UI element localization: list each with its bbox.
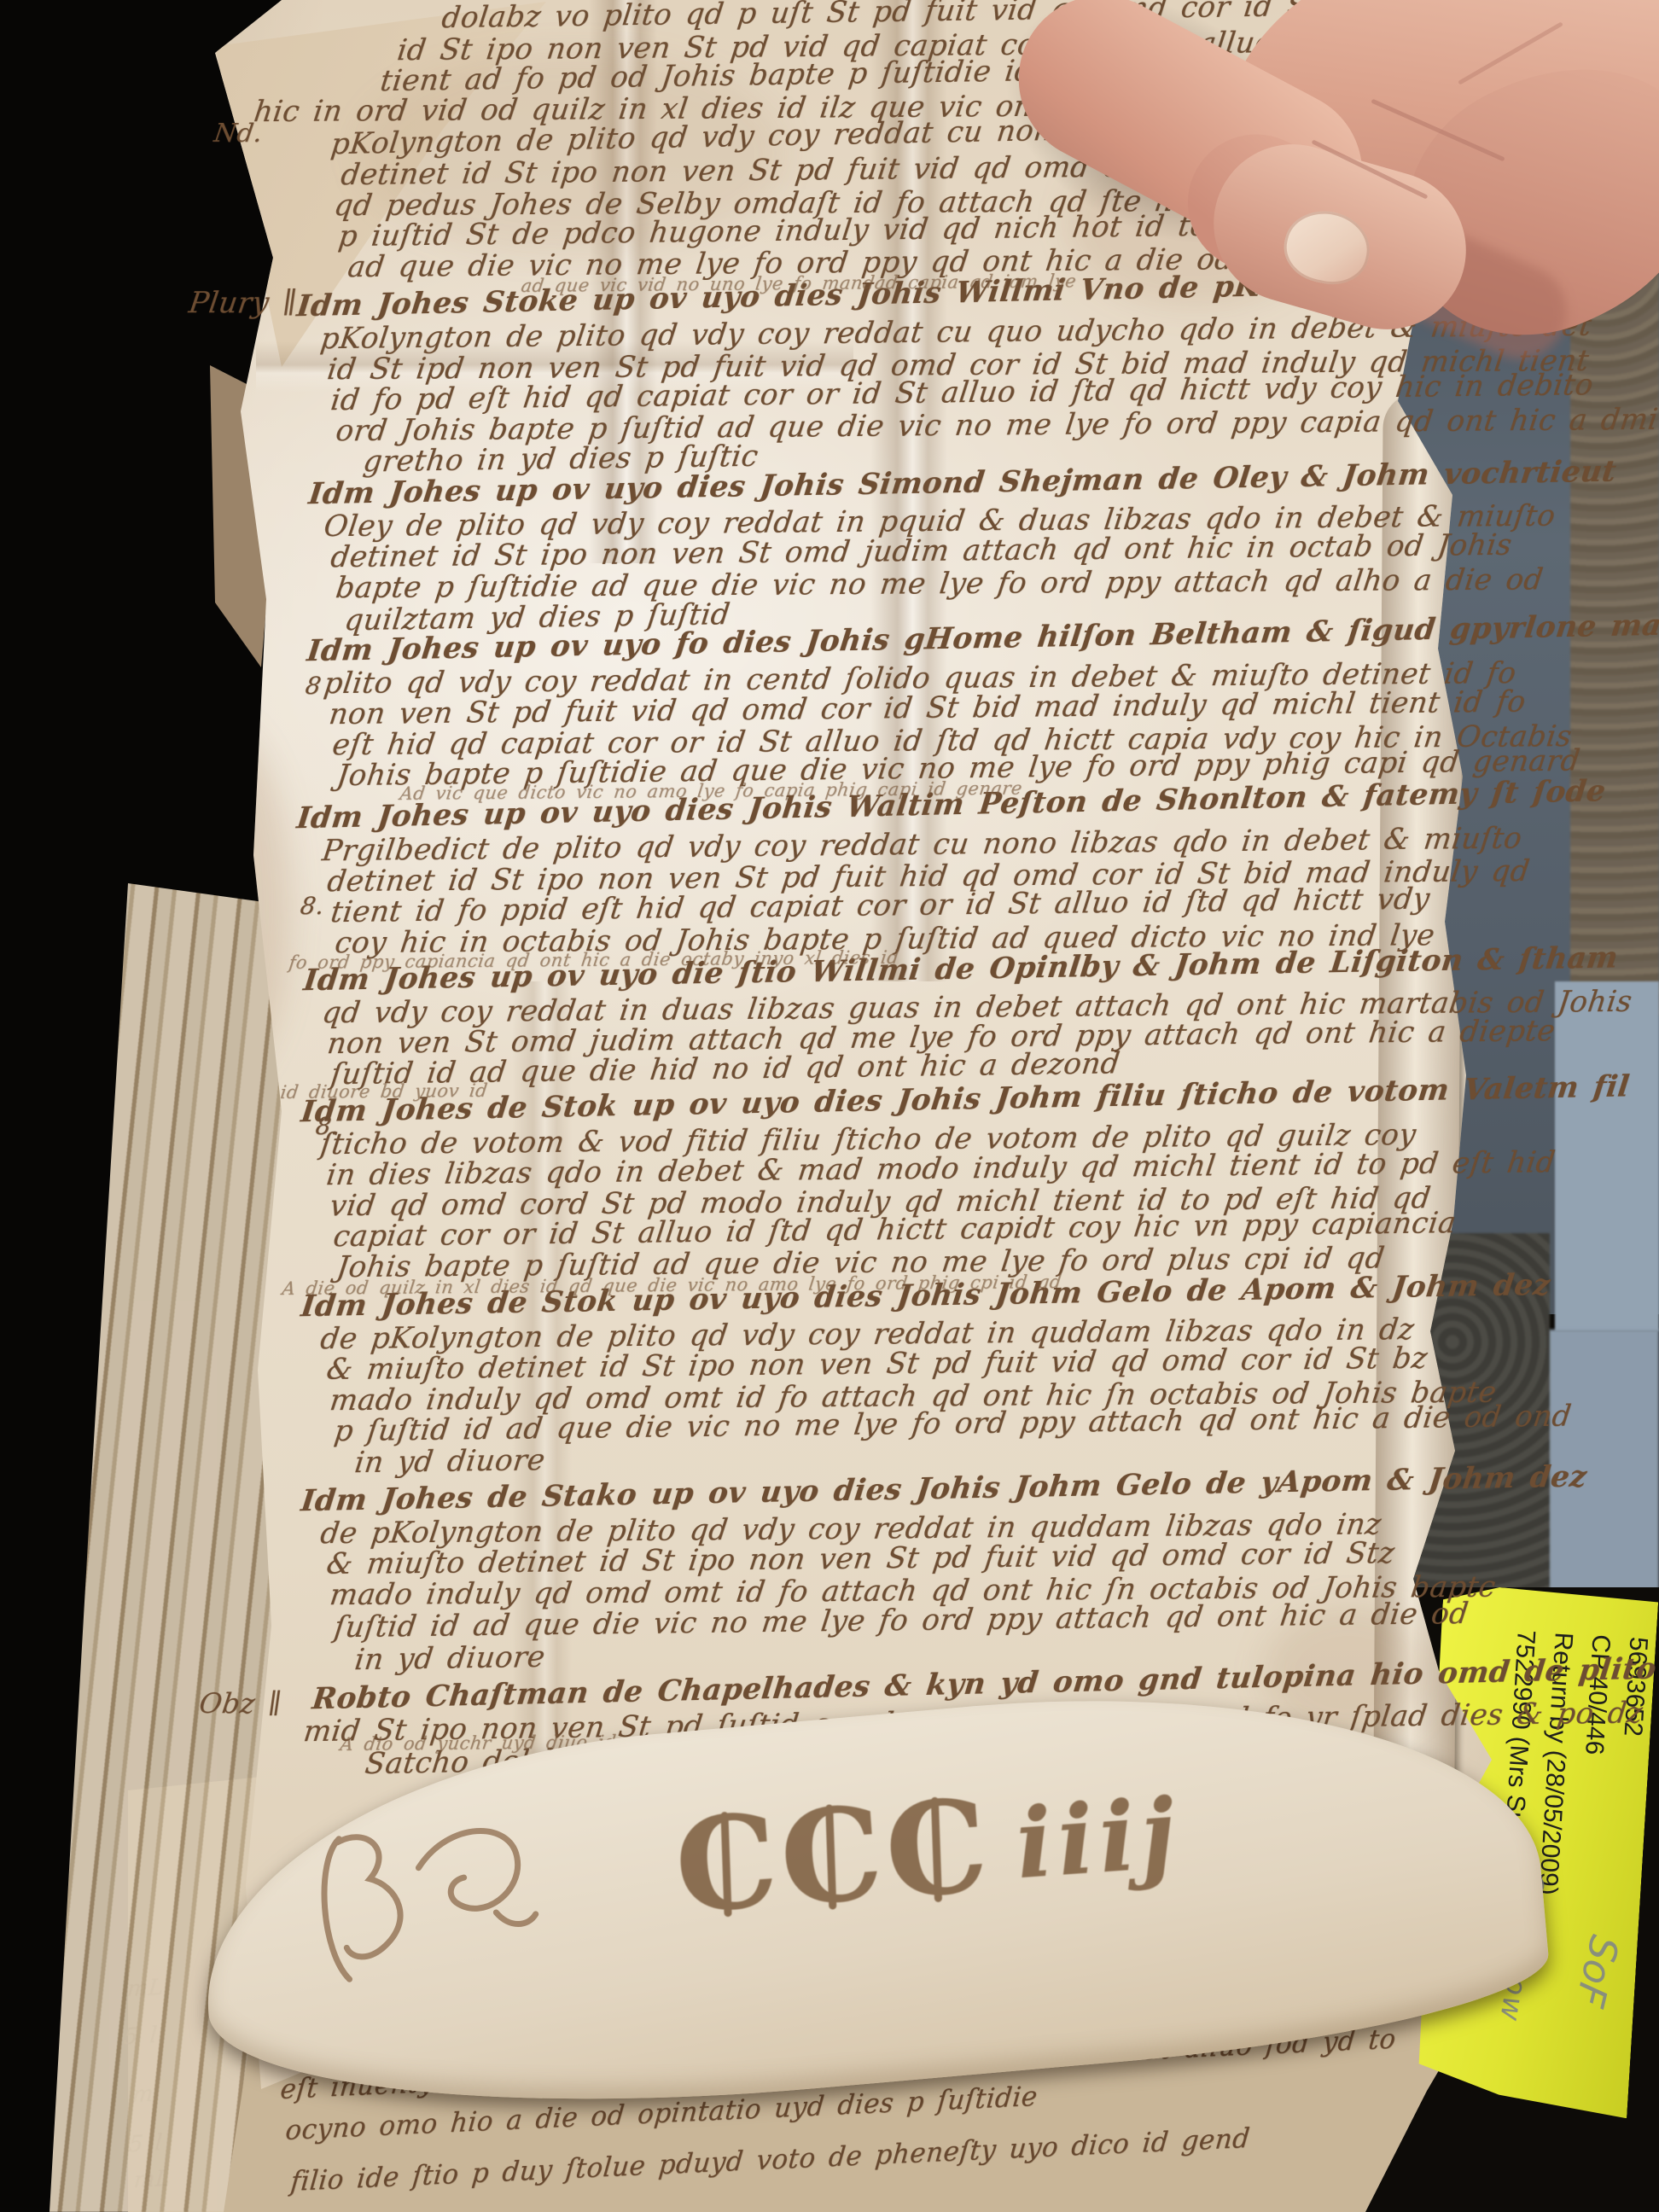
hand-holding-page (0, 0, 1659, 2212)
photo-of-medieval-plea-roll: { "colors":{ "background":"#0e0c09","sla… (0, 0, 1659, 2212)
